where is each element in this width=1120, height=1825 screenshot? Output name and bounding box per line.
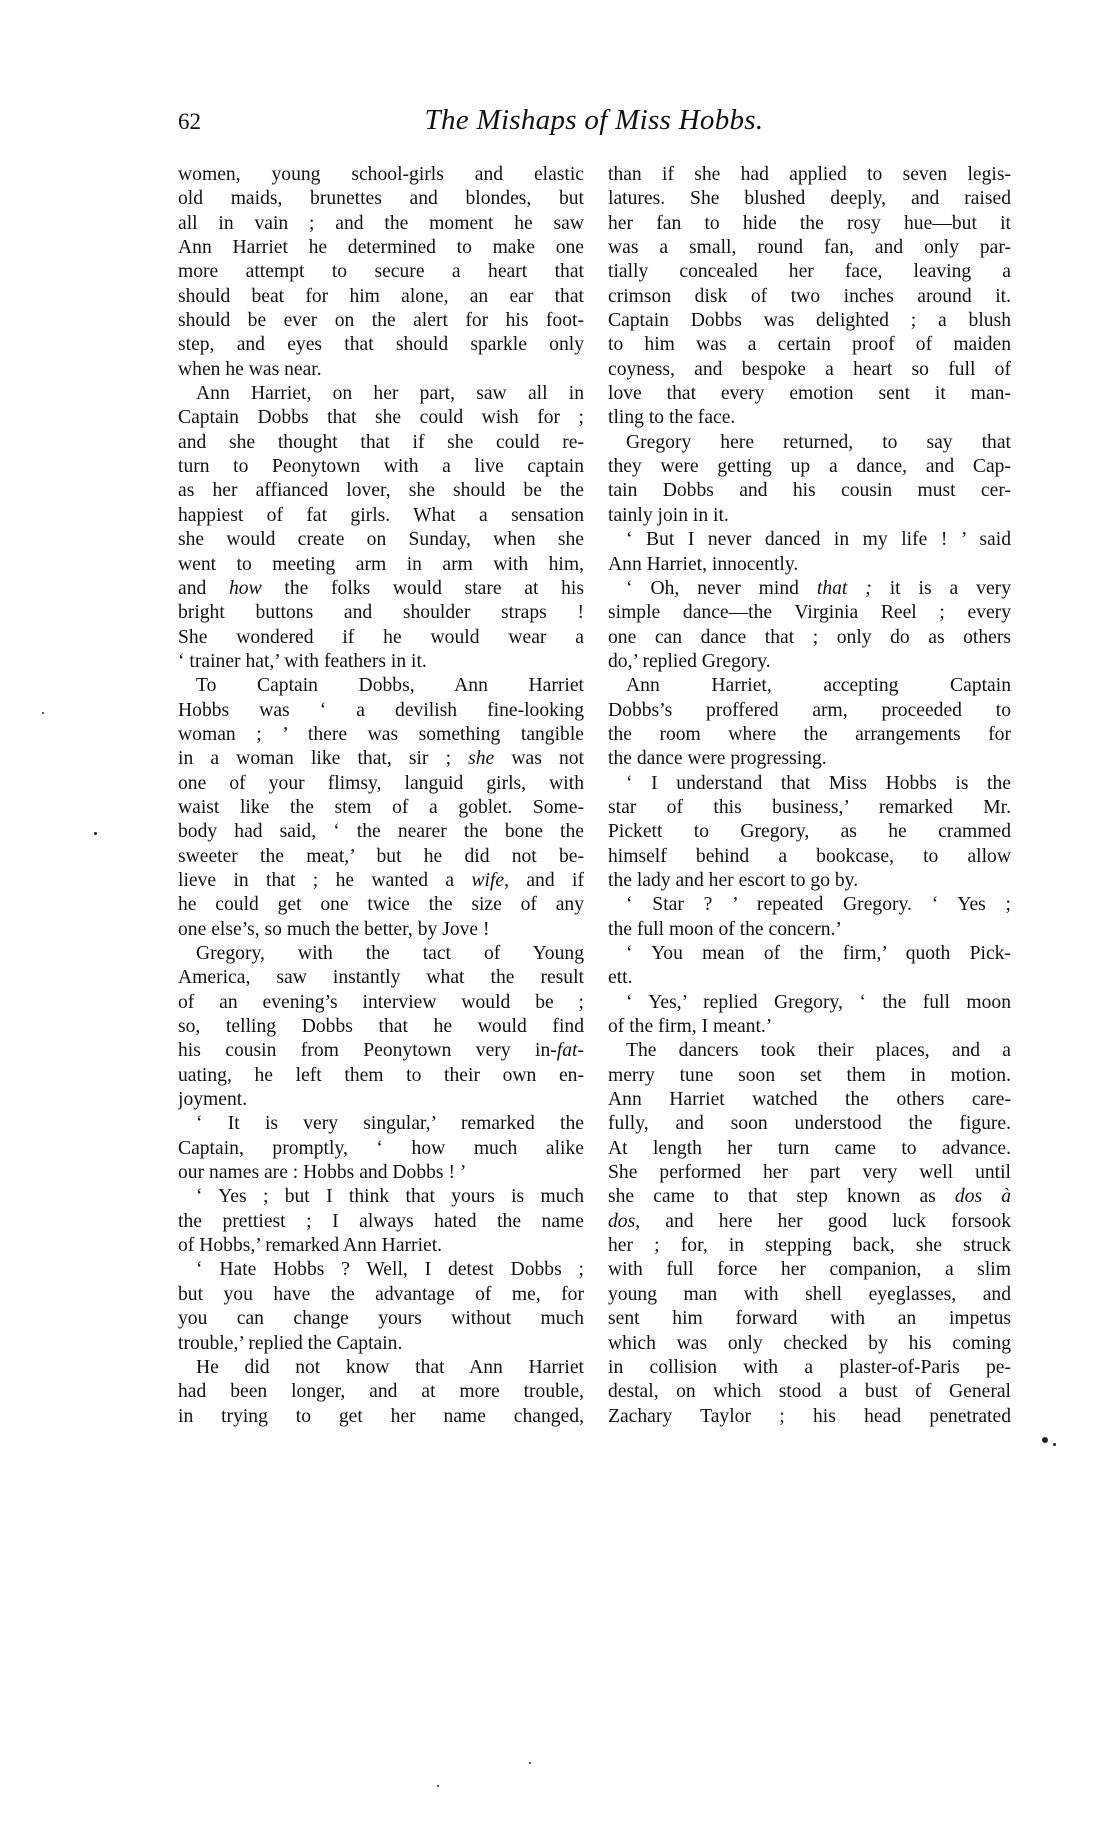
text-line: step, and eyes that should sparkle only <box>178 333 584 357</box>
text-line: lieve in that ; he wanted a wife, and if <box>178 869 584 893</box>
text-line: they were getting up a dance, and Cap- <box>608 455 1011 479</box>
text-line: He did not know that Ann Harriet <box>178 1356 584 1380</box>
running-head: 62 The Mishaps of Miss Hobbs. <box>178 104 1010 138</box>
running-title: The Mishaps of Miss Hobbs. <box>416 104 772 136</box>
text-line: ‘ trainer hat,’ with feathers in it. <box>178 650 584 674</box>
text-line: as her affianced lover, she should be th… <box>178 479 584 503</box>
text-line: Pickett to Gregory, as he crammed <box>608 820 1011 844</box>
text-line: ‘ Yes,’ replied Gregory, ‘ the full moon <box>608 991 1011 1015</box>
text-line: She wondered if he would wear a <box>178 626 584 650</box>
text-line: ‘ Star ? ’ repeated Gregory. ‘ Yes ; <box>608 893 1011 917</box>
text-line: woman ; ’ there was something tangible <box>178 723 584 747</box>
text-line: sweeter the meat,’ but he did not be- <box>178 845 584 869</box>
text-line: the dance were progressing. <box>608 747 1011 771</box>
text-line: Gregory, with the tact of Young <box>178 942 584 966</box>
scan-speck <box>437 1785 439 1787</box>
text-line: At length her turn came to advance. <box>608 1137 1011 1161</box>
text-line: more attempt to secure a heart that <box>178 260 584 284</box>
text-line: She performed her part very well until <box>608 1161 1011 1185</box>
text-line: her ; for, in stepping back, she struck <box>608 1234 1011 1258</box>
text-line: she came to that step known as dos à <box>608 1185 1011 1209</box>
text-line: sent him forward with an impetus <box>608 1307 1011 1331</box>
text-line: To Captain Dobbs, Ann Harriet <box>178 674 584 698</box>
text-line: tling to the face. <box>608 406 1011 430</box>
text-line: in collision with a plaster-of-Paris pe- <box>608 1356 1011 1380</box>
text-line: the lady and her escort to go by. <box>608 869 1011 893</box>
text-line: America, saw instantly what the result <box>178 966 584 990</box>
text-line: and she thought that if she could re- <box>178 431 584 455</box>
text-line: Captain Dobbs that she could wish for ; <box>178 406 584 430</box>
text-line: latures. She blushed deeply, and raised <box>608 187 1011 211</box>
text-line: young man with shell eyeglasses, and <box>608 1283 1011 1307</box>
text-line: Ann Harriet he determined to make one <box>178 236 584 260</box>
text-line: crimson disk of two inches around it. <box>608 285 1011 309</box>
right-column: than if she had applied to seven legis-l… <box>608 163 1011 1429</box>
text-line: ‘ Yes ; but I think that yours is much <box>178 1185 584 1209</box>
text-line: simple dance—the Virginia Reel ; every <box>608 601 1011 625</box>
text-line: in trying to get her name changed, <box>178 1405 584 1429</box>
scan-speck <box>1053 1443 1056 1446</box>
text-line: Captain, promptly, ‘ how much alike <box>178 1137 584 1161</box>
text-line: happiest of fat girls. What a sensation <box>178 504 584 528</box>
left-column: women, young school-girls and elasticold… <box>178 163 584 1429</box>
text-line: one else’s, so much the better, by Jove … <box>178 918 584 942</box>
text-line: body had said, ‘ the nearer the bone the <box>178 820 584 844</box>
text-line: tain Dobbs and his cousin must cer- <box>608 479 1011 503</box>
italic-emphasis: dos <box>608 1211 635 1232</box>
text-line: had been longer, and at more trouble, <box>178 1380 584 1404</box>
text-line: when he was near. <box>178 358 584 382</box>
text-line: uating, he left them to their own en- <box>178 1064 584 1088</box>
scan-speck <box>94 832 97 835</box>
text-line: Gregory here returned, to say that <box>608 431 1011 455</box>
text-line: you can change yours without much <box>178 1307 584 1331</box>
text-line: do,’ replied Gregory. <box>608 650 1011 674</box>
text-line: should beat for him alone, an ear that <box>178 285 584 309</box>
text-line: he could get one twice the size of any <box>178 893 584 917</box>
text-line: Zachary Taylor ; his head penetrated <box>608 1405 1011 1429</box>
text-line: waist like the stem of a goblet. Some- <box>178 796 584 820</box>
text-line: The dancers took their places, and a <box>608 1039 1011 1063</box>
text-line: old maids, brunettes and blondes, but <box>178 187 584 211</box>
text-line: which was only checked by his coming <box>608 1332 1011 1356</box>
text-line: her fan to hide the rosy hue—but it <box>608 212 1011 236</box>
text-line: Ann Harriet, accepting Captain <box>608 674 1011 698</box>
text-line: our names are : Hobbs and Dobbs ! ’ <box>178 1161 584 1185</box>
text-line: fully, and soon understood the figure. <box>608 1112 1011 1136</box>
text-line: ‘ But I never danced in my life ! ’ said <box>608 528 1011 552</box>
scan-speck <box>1042 1437 1048 1443</box>
text-line: in a woman like that, sir ; she was not <box>178 747 584 771</box>
text-line: went to meeting arm in arm with him, <box>178 553 584 577</box>
text-line: merry tune soon set them in motion. <box>608 1064 1011 1088</box>
text-line: women, young school-girls and elastic <box>178 163 584 187</box>
page-number: 62 <box>178 110 201 134</box>
text-line: Hobbs was ‘ a devilish fine-looking <box>178 699 584 723</box>
text-line: all in vain ; and the moment he saw <box>178 212 584 236</box>
text-line: she would create on Sunday, when she <box>178 528 584 552</box>
text-line: the full moon of the concern.’ <box>608 918 1011 942</box>
scan-speck <box>529 1762 531 1764</box>
text-line: Dobbs’s proffered arm, proceeded to <box>608 699 1011 723</box>
text-line: one of your flimsy, languid girls, with <box>178 772 584 796</box>
text-line: coyness, and bespoke a heart so full of <box>608 358 1011 382</box>
text-line: himself behind a bookcase, to allow <box>608 845 1011 869</box>
text-line: the room where the arrangements for <box>608 723 1011 747</box>
text-line: joyment. <box>178 1088 584 1112</box>
text-line: the prettiest ; I always hated the name <box>178 1210 584 1234</box>
text-line: turn to Peonytown with a live captain <box>178 455 584 479</box>
text-line: but you have the advantage of me, for <box>178 1283 584 1307</box>
text-line: star of this business,’ remarked Mr. <box>608 796 1011 820</box>
text-line: tainly join in it. <box>608 504 1011 528</box>
text-line: so, telling Dobbs that he would find <box>178 1015 584 1039</box>
italic-emphasis: she <box>468 748 494 769</box>
text-line: of an evening’s interview would be ; <box>178 991 584 1015</box>
text-line: destal, on which stood a bust of General <box>608 1380 1011 1404</box>
text-line: Captain Dobbs was delighted ; a blush <box>608 309 1011 333</box>
text-line: than if she had applied to seven legis- <box>608 163 1011 187</box>
italic-emphasis: wife <box>471 870 504 891</box>
text-line: trouble,’ replied the Captain. <box>178 1332 584 1356</box>
text-line: love that every emotion sent it man- <box>608 382 1011 406</box>
book-page: 62 The Mishaps of Miss Hobbs. women, you… <box>0 0 1120 1825</box>
text-line: one can dance that ; only do as others <box>608 626 1011 650</box>
italic-emphasis: fat <box>557 1040 578 1061</box>
text-line: of the firm, I meant.’ <box>608 1015 1011 1039</box>
text-line: Ann Harriet, innocently. <box>608 553 1011 577</box>
text-line: ‘ It is very singular,’ remarked the <box>178 1112 584 1136</box>
text-line: tially concealed her face, leaving a <box>608 260 1011 284</box>
text-line: ‘ Oh, never mind that ; it is a very <box>608 577 1011 601</box>
text-line: to him was a certain proof of maiden <box>608 333 1011 357</box>
scan-speck <box>42 712 44 714</box>
text-line: dos, and here her good luck forsook <box>608 1210 1011 1234</box>
text-line: with full force her companion, a slim <box>608 1258 1011 1282</box>
text-line: ‘ I understand that Miss Hobbs is the <box>608 772 1011 796</box>
italic-emphasis: how <box>229 578 262 599</box>
italic-emphasis: that ; <box>817 578 872 599</box>
text-line: ett. <box>608 966 1011 990</box>
text-line: should be ever on the alert for his foot… <box>178 309 584 333</box>
text-line: ‘ Hate Hobbs ? Well, I detest Dobbs ; <box>178 1258 584 1282</box>
text-line: Ann Harriet watched the others care- <box>608 1088 1011 1112</box>
text-line: his cousin from Peonytown very in-fat- <box>178 1039 584 1063</box>
text-line: and how the folks would stare at his <box>178 577 584 601</box>
text-line: of Hobbs,’ remarked Ann Harriet. <box>178 1234 584 1258</box>
text-line: bright buttons and shoulder straps ! <box>178 601 584 625</box>
text-line: Ann Harriet, on her part, saw all in <box>178 382 584 406</box>
text-line: was a small, round fan, and only par- <box>608 236 1011 260</box>
italic-emphasis: dos à <box>955 1186 1011 1207</box>
text-line: ‘ You mean of the firm,’ quoth Pick- <box>608 942 1011 966</box>
